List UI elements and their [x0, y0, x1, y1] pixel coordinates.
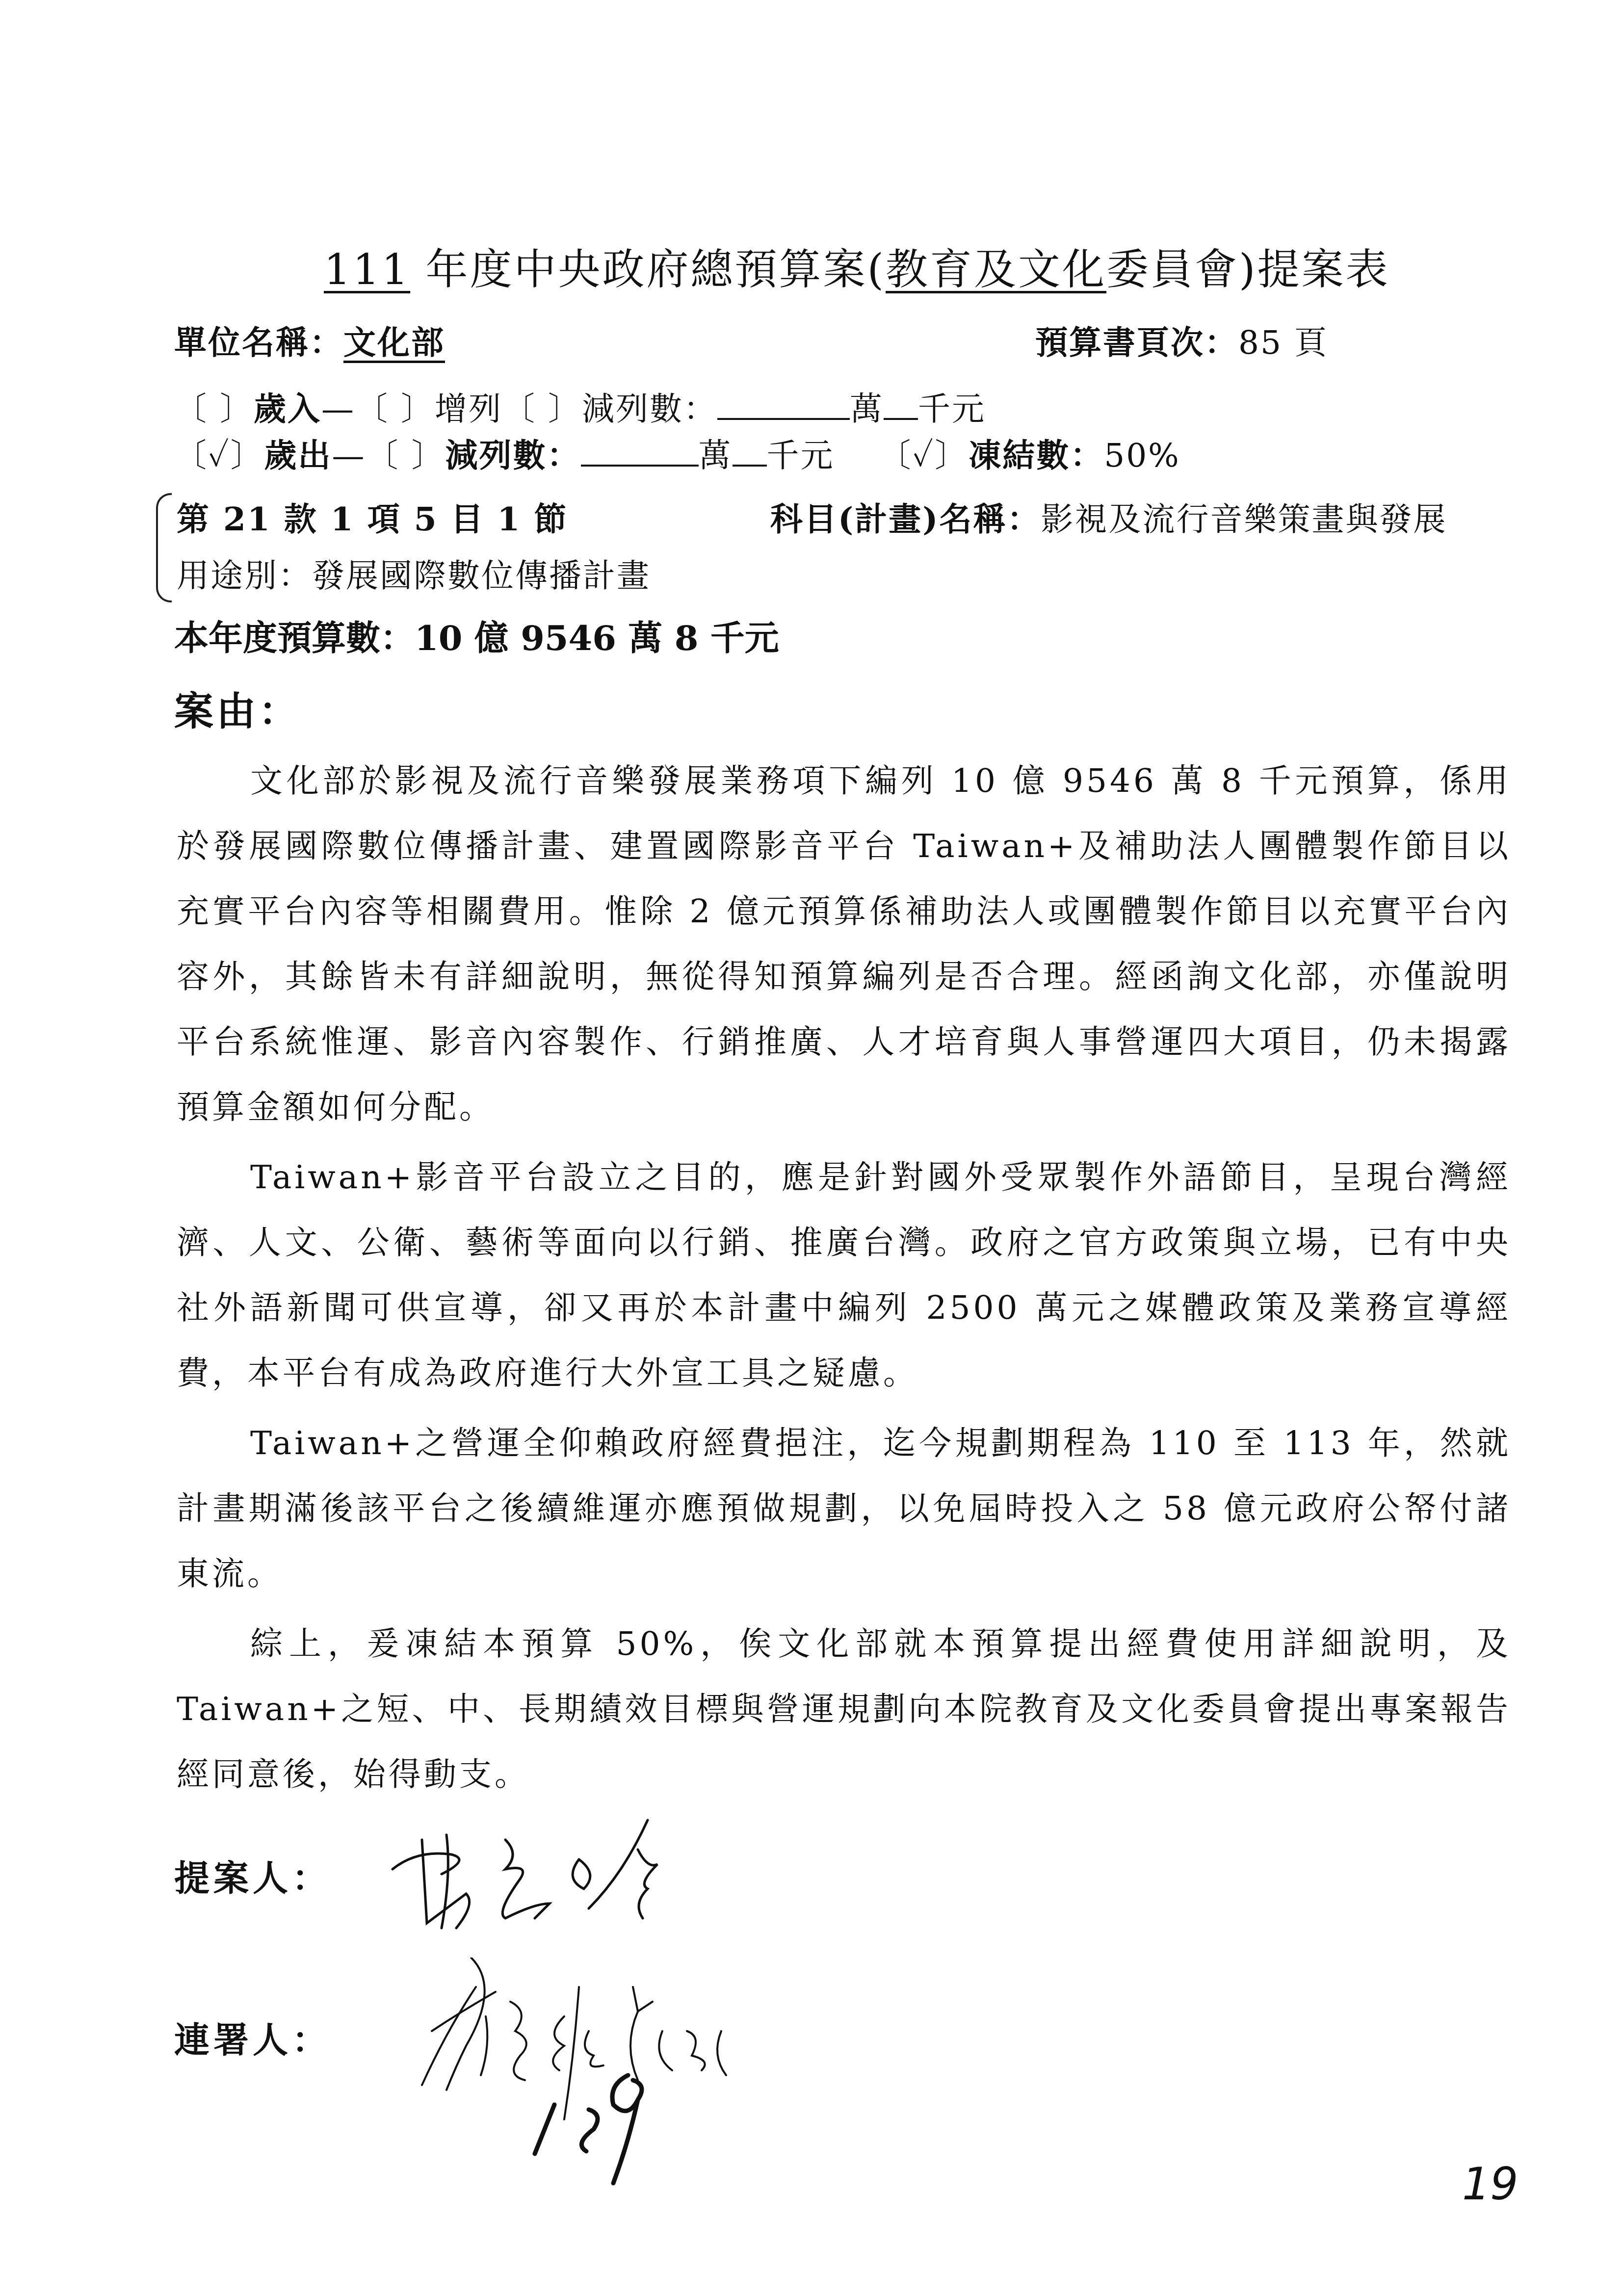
page-number: 19: [1462, 2159, 1519, 2210]
revenue-checkbox[interactable]: 〔 〕: [174, 390, 254, 428]
unit-name: 單位名稱：文化部: [174, 316, 445, 363]
expenditure-line: 〔✓〕歲出—〔 〕減列數：萬千元〔✓〕凍結數：50%: [174, 429, 1180, 476]
freeze-checkbox[interactable]: 〔✓〕: [879, 437, 969, 474]
revenue-line: 〔 〕歲入—〔 〕增列〔 〕減列數：萬千元: [174, 383, 986, 429]
wan-amount-field[interactable]: [717, 389, 850, 420]
qian-amount-field[interactable]: [733, 435, 767, 467]
reason-paragraph: Taiwan+之營運全仰賴政府經費挹注，迄今規劃期程為 110 至 113 年，…: [177, 1410, 1511, 1606]
committee-name: 教育及文化: [886, 245, 1106, 294]
subject-name: 科目(計畫)名稱：影視及流行音樂策畫與發展: [770, 493, 1447, 540]
brace-decoration: [156, 493, 172, 602]
budget-book-page: 預算書頁次：85 頁: [1035, 316, 1328, 363]
reason-paragraph: 綜上，爰凍結本預算 50%，俟文化部就本預算提出經費使用詳細說明，及 Taiwa…: [177, 1611, 1511, 1807]
unit-value: 文化部: [343, 323, 445, 362]
proposer-signature: [373, 1815, 814, 1953]
handwritten-number: [535, 2075, 642, 2183]
proposer-label: 提案人：: [174, 1850, 331, 1901]
document-title: 111 年度中央政府總預算案(教育及文化委員會)提案表: [324, 235, 1390, 296]
decrease-checkbox[interactable]: 〔 〕: [502, 390, 582, 428]
reason-heading: 案由：: [174, 679, 301, 736]
annual-budget: 本年度預算數：10 億 9546 萬 8 千元: [174, 611, 779, 660]
reason-paragraph: 文化部於影視及流行音樂發展業務項下編列 10 億 9546 萬 8 千元預算，係…: [177, 748, 1511, 1140]
cosigner-label: 連署人：: [174, 2011, 331, 2062]
wan-amount-field[interactable]: [581, 435, 699, 467]
expenditure-checkbox[interactable]: 〔✓〕: [174, 437, 264, 474]
freeze-value: 50%: [1104, 437, 1180, 474]
decrease-checkbox[interactable]: 〔 〕: [366, 437, 445, 474]
increase-checkbox[interactable]: 〔 〕: [355, 390, 435, 428]
budget-section: 第 21 款 1 項 5 目 1 節: [177, 493, 568, 540]
qian-amount-field[interactable]: [884, 389, 918, 420]
usage-category: 用途別：發展國際數位傳播計畫: [177, 549, 651, 596]
handwritten-number-text: 129: [515, 2085, 516, 2086]
budget-year: 111: [324, 245, 410, 294]
cosigner-signatures: [417, 1957, 957, 2203]
reason-paragraph: Taiwan+影音平台設立之目的，應是針對國外受眾製作外語節目，呈現台灣經濟、人…: [177, 1145, 1511, 1406]
reason-body: 文化部於影視及流行音樂發展業務項下編列 10 億 9546 萬 8 千元預算，係…: [177, 748, 1511, 1812]
